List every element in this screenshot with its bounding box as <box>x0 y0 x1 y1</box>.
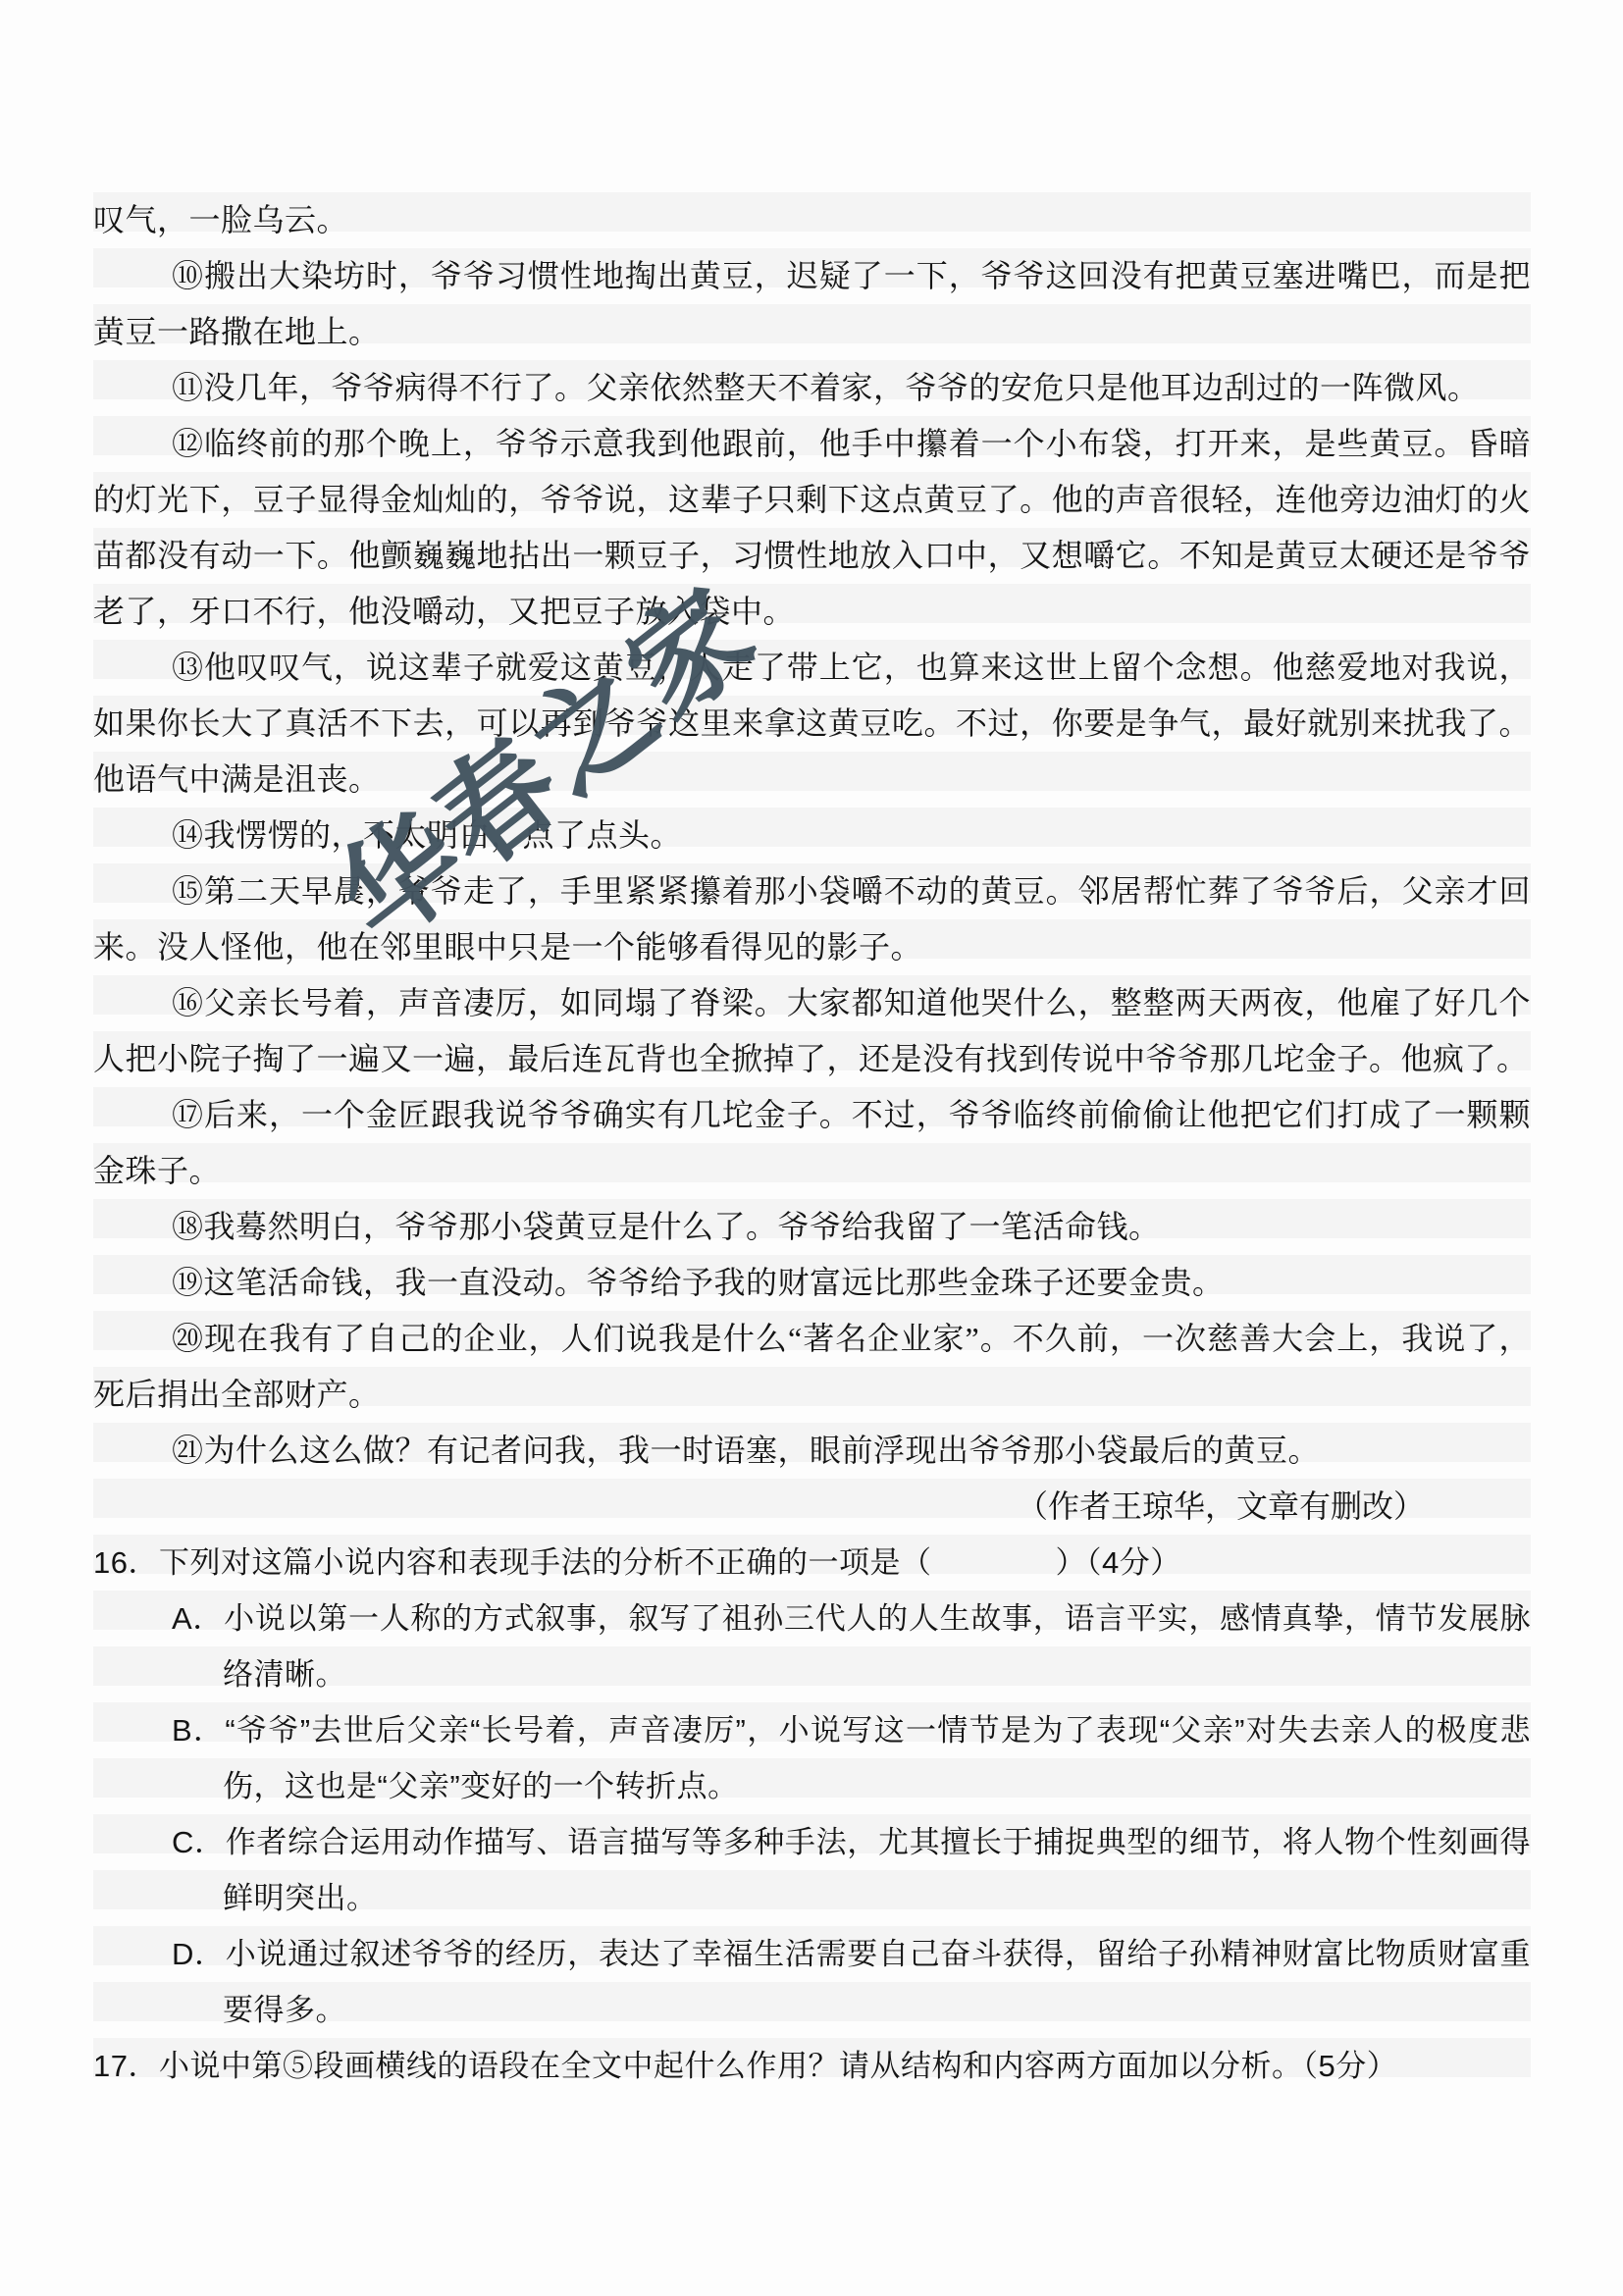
story-paragraph: ⑰后来，一个金匠跟我说爷爷确实有几坨金子。不过，爷爷临终前偷偷让他把它们打成了一… <box>93 1087 1531 1199</box>
question-number: 16． <box>93 1545 159 1580</box>
option-label: B． <box>172 1713 225 1748</box>
page-content: 叹气，一脸乌云。⑩搬出大染坊时，爷爷习惯性地掏出黄豆，迟疑了一下，爷爷这回没有把… <box>93 192 1531 2094</box>
story-paragraph: ⑬他叹叹气，说这辈子就爱这黄豆，人走了带上它，也算来这世上留个念想。他慈爱地对我… <box>93 640 1531 808</box>
story-paragraph: ⑲这笔活命钱，我一直没动。爷爷给予我的财富远比那些金珠子还要金贵。 <box>93 1255 1531 1311</box>
option-D: D．小说通过叙述爷爷的经历，表达了幸福生活需要自己奋斗获得，留给子孙精神财富比物… <box>93 1926 1531 2038</box>
questions-section: 16．下列对这篇小说内容和表现手法的分析不正确的一项是（ ）（4分）A．小说以第… <box>93 1535 1531 2094</box>
story-paragraph: 叹气，一脸乌云。 <box>93 192 1531 248</box>
story-paragraph: ⑭我愣愣的，不太明白，点了点头。 <box>93 808 1531 863</box>
question-number: 17． <box>93 2049 159 2083</box>
story-paragraph: ⑫临终前的那个晚上，爷爷示意我到他跟前，他手中攥着一个小布袋，打开来，是些黄豆。… <box>93 416 1531 640</box>
exam-page: 叹气，一脸乌云。⑩搬出大染坊时，爷爷习惯性地掏出黄豆，迟疑了一下，爷爷这回没有把… <box>0 0 1623 2296</box>
story-paragraph: ㉑为什么这么做？有记者问我，我一时语塞，眼前浮现出爷爷那小袋最后的黄豆。 <box>93 1423 1531 1479</box>
option-label: D． <box>172 1937 226 1971</box>
option-label: A． <box>172 1601 224 1636</box>
story-paragraph: ⑳现在我有了自己的企业，人们说我是什么“著名企业家”。不久前，一次慈善大会上，我… <box>93 1311 1531 1423</box>
story-paragraph: ⑯父亲长号着，声音凄厉，如同塌了脊梁。大家都知道他哭什么，整整两天两夜，他雇了好… <box>93 975 1531 1087</box>
story-paragraph: ⑩搬出大染坊时，爷爷习惯性地掏出黄豆，迟疑了一下，爷爷这回没有把黄豆塞进嘴巴，而… <box>93 248 1531 360</box>
question-16: 16．下列对这篇小说内容和表现手法的分析不正确的一项是（ ）（4分）A．小说以第… <box>93 1535 1531 2038</box>
question-17: 17．小说中第⑤段画横线的语段在全文中起什么作用？请从结构和内容两方面加以分析。… <box>93 2038 1531 2094</box>
option-A: A．小说以第一人称的方式叙事，叙写了祖孙三代人的人生故事，语言平实，感情真挚，情… <box>93 1591 1531 1702</box>
story-paragraph: ⑮第二天早晨，爷爷走了，手里紧紧攥着那小袋嚼不动的黄豆。邻居帮忙葬了爷爷后，父亲… <box>93 863 1531 975</box>
question-stem: 16．下列对这篇小说内容和表现手法的分析不正确的一项是（ ）（4分） <box>93 1535 1531 1591</box>
question-stem: 17．小说中第⑤段画横线的语段在全文中起什么作用？请从结构和内容两方面加以分析。… <box>93 2038 1531 2094</box>
story-paragraph: ⑱我蓦然明白，爷爷那小袋黄豆是什么了。爷爷给我留了一笔活命钱。 <box>93 1199 1531 1255</box>
story-section: 叹气，一脸乌云。⑩搬出大染坊时，爷爷习惯性地掏出黄豆，迟疑了一下，爷爷这回没有把… <box>93 192 1531 1479</box>
option-B: B．“爷爷”去世后父亲“长号着，声音凄厉”，小说写这一情节是为了表现“父亲”对失… <box>93 1702 1531 1814</box>
option-C: C．作者综合运用动作描写、语言描写等多种手法，尤其擅长于捕捉典型的细节，将人物个… <box>93 1814 1531 1926</box>
author-note: （作者王琼华，文章有删改） <box>93 1479 1531 1535</box>
option-label: C． <box>172 1825 226 1859</box>
story-paragraph: ⑪没几年，爷爷病得不行了。父亲依然整天不着家，爷爷的安危只是他耳边刮过的一阵微风… <box>93 360 1531 416</box>
